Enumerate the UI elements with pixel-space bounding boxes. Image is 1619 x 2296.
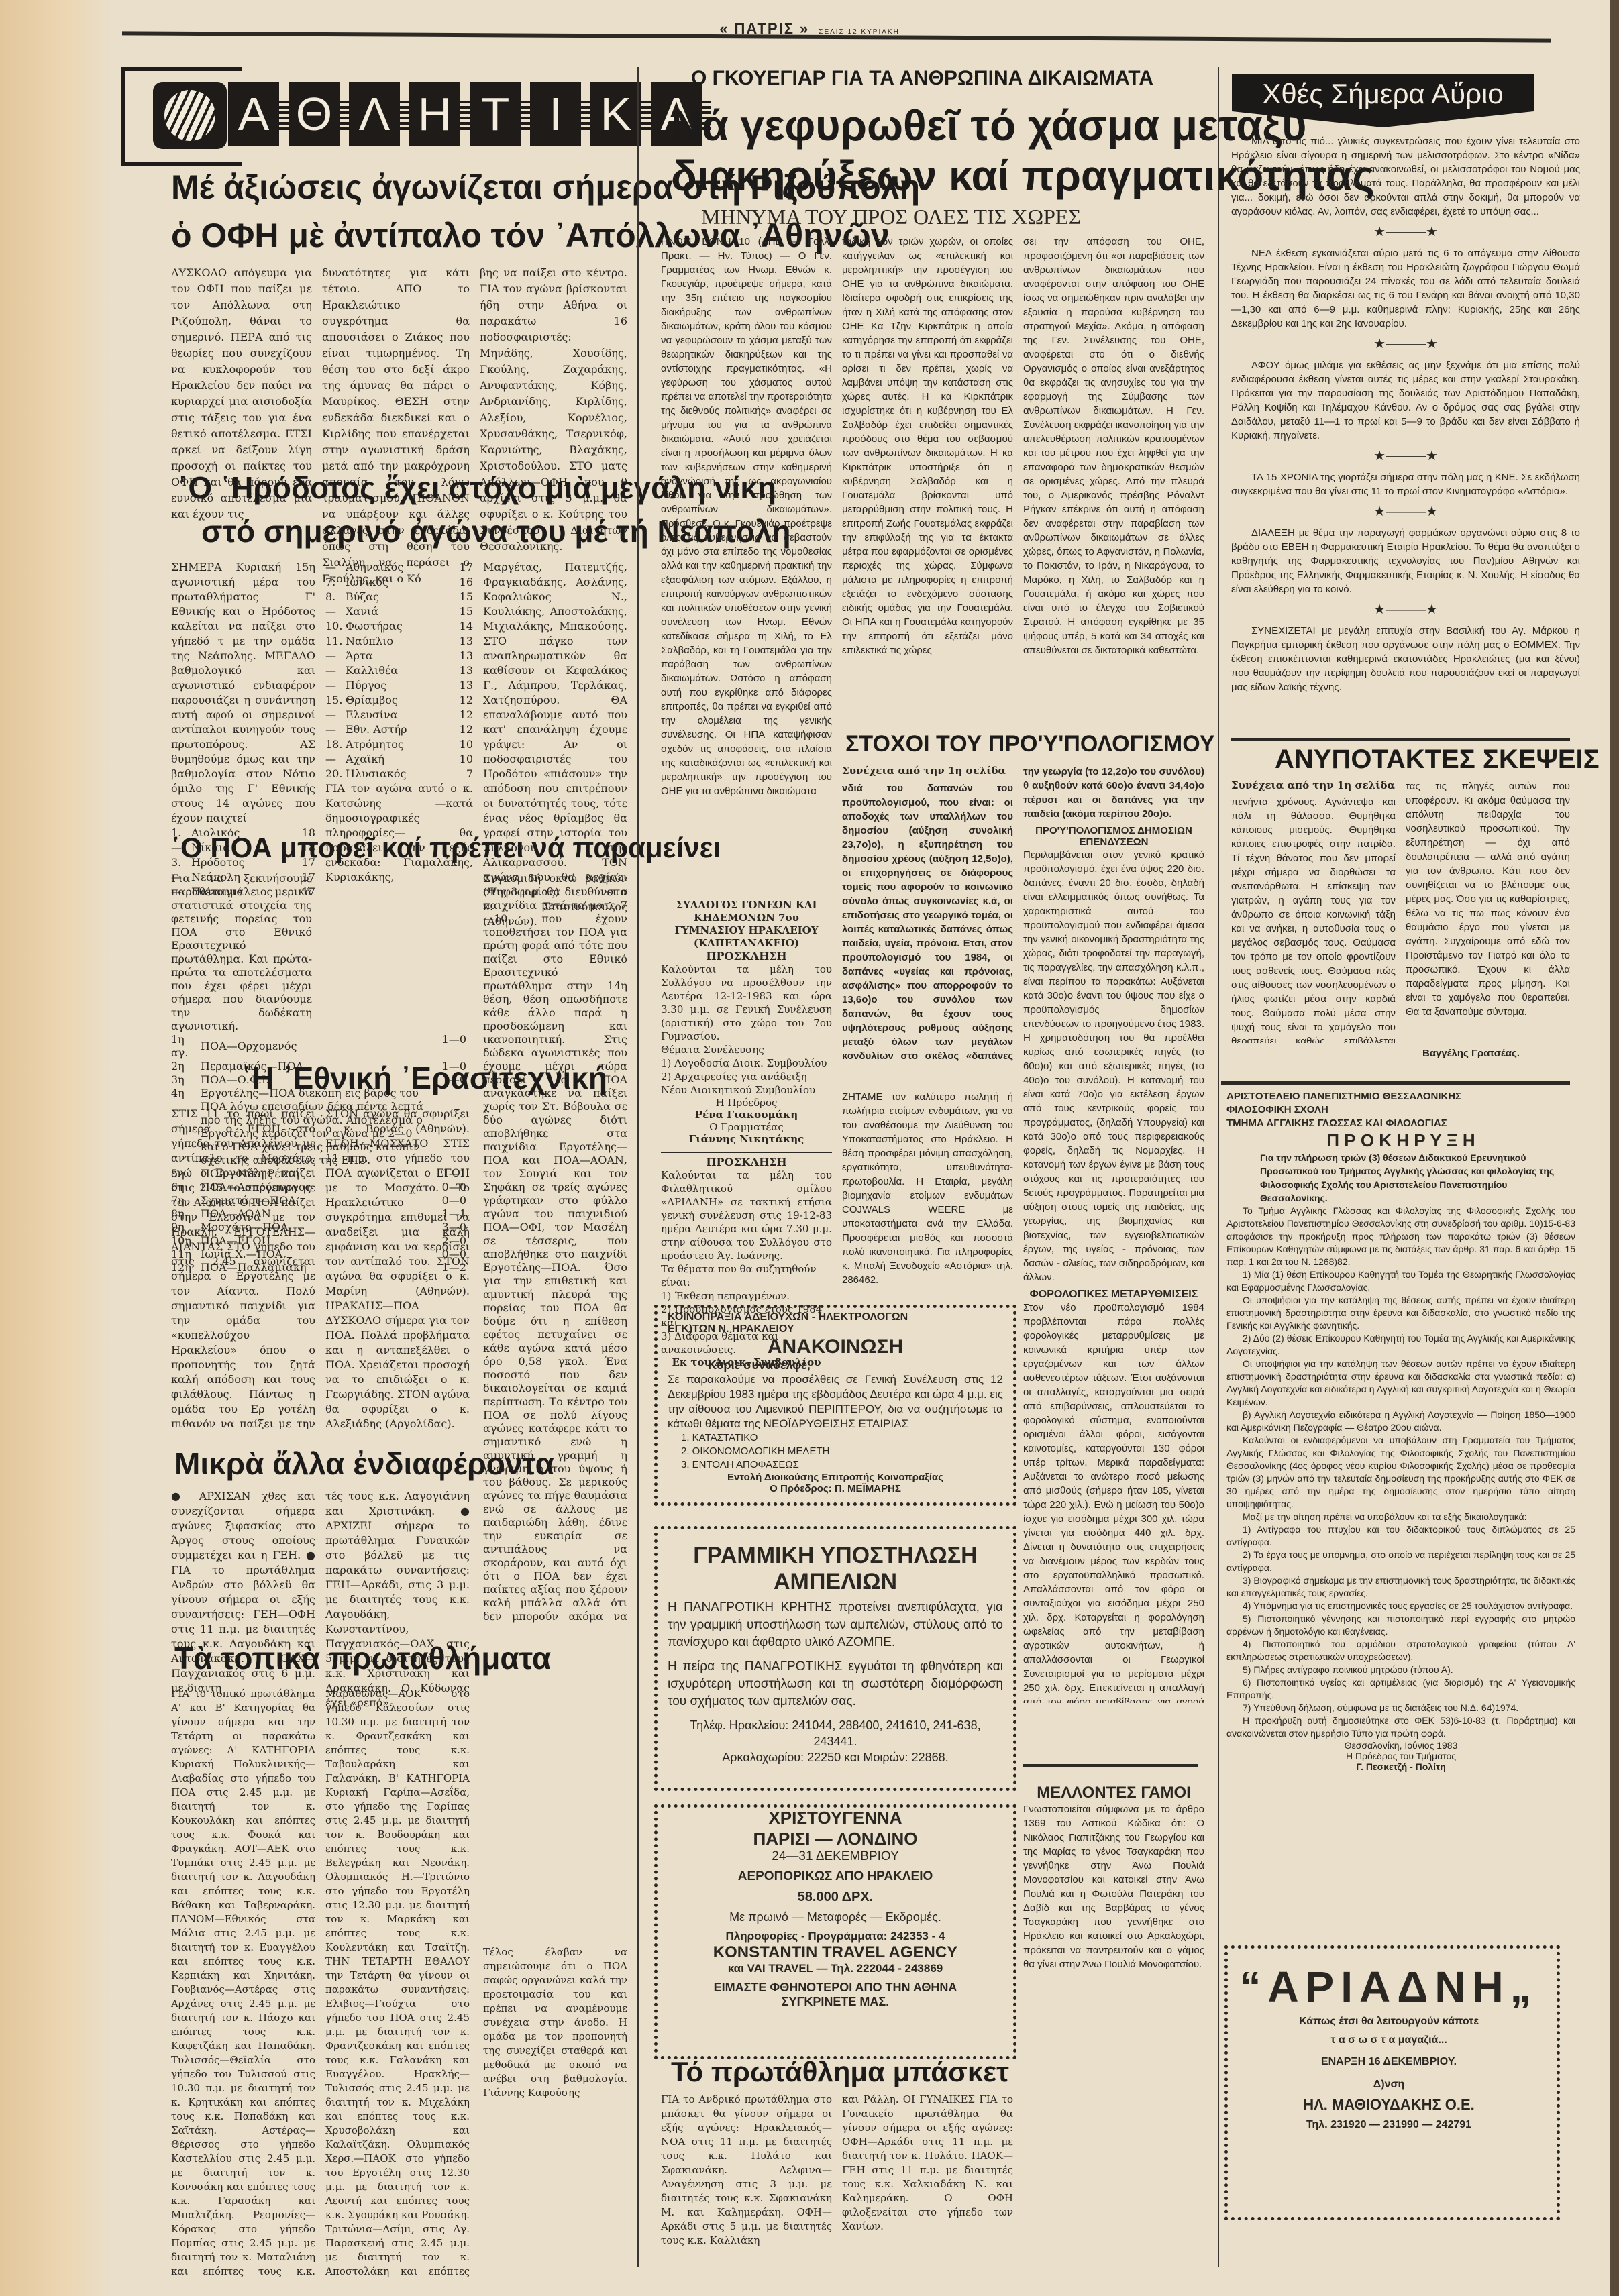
page-binding-edge xyxy=(0,0,111,2296)
standings-row: —Καλλιθέα13 xyxy=(325,663,473,678)
sports-section-banner: ΑΘΛΗΤΙΚΑ xyxy=(121,67,644,174)
xsa-item: ΝΕΑ έκθεση εγκαινιάζεται αύριο μετά τις … xyxy=(1231,246,1580,331)
parents-topics-label: Θέματα Συνέλευσης xyxy=(661,1043,832,1056)
ethniki-column-1: ΣΤΙΣ 11 το πρωί παίζει σήμερα ο ΕΓΟΗ στο… xyxy=(171,1107,315,1429)
banner-letter: Θ xyxy=(289,82,340,146)
job-ad: ΖΗΤΑΜΕ τον καλύτερο πωλητή ή πωλήτρια ετ… xyxy=(842,1090,1013,1287)
vines-ad-phones-1: Τηλέφ. Ηρακλείου: 241044, 288400, 241610… xyxy=(668,1717,1003,1749)
electricians-agenda: 1. ΚΑΤΑΣΤΑΤΙΚΟ2. ΟΙΚΟΝΟΜΟΛΟΓΙΚΗ ΜΕΛΕΤΗ3.… xyxy=(681,1431,1003,1472)
travel-ad-info: Πληροφορίες - Προγράμματα: 242353 - 4 xyxy=(668,1930,1003,1943)
travel-ad-flight: ΑΕΡΟΠΟΡΙΚΩΣ ΑΠΟ ΗΡΑΚΛΕΙΟ xyxy=(668,1869,1003,1884)
notice-paragraph: Οι υποψήφιοι για την κατάληψη των θέσεων… xyxy=(1226,1358,1575,1409)
banner-letters: ΑΘΛΗΤΙΚΑ xyxy=(228,82,711,146)
standings-row: 18.Ατρόμητος10 xyxy=(325,737,473,752)
vines-ad-title-1: ΓΡΑΜΜΙΚΗ ΥΠΟΣΤΗΛΩΣΗ xyxy=(668,1543,1003,1569)
xsa-item: ΑΦΟΥ όμως μιλάμε για εκθέσεις ας μην ξεχ… xyxy=(1231,358,1580,443)
parents-notice-heading: ΠΡΟΣΚΛΗΣΗ xyxy=(661,950,832,963)
standings-row: 10.Φωστήρας14 xyxy=(325,619,473,634)
standings-table-part-2: —Αθηναϊκός177.Ιωνικός168.Βύζας15—Χανιά15… xyxy=(325,560,473,781)
star-divider: ★———★ xyxy=(1231,505,1580,519)
public-investment-text: Περιλαμβάνεται στον γενικό κρατικό προϋπ… xyxy=(1023,848,1204,1284)
budget-agri-text: την γεωργία (το 12,2ο)ο του συνόλου) θ α… xyxy=(1023,765,1204,821)
weddings-text: Γνωστοποιείται σύμφωνα με το άρθρο 1369 … xyxy=(1023,1802,1204,1971)
banner-letter: Ι xyxy=(530,82,581,146)
notice-paragraph: 5) Πλήρες αντίγραφο ποινικού μητρώου (τύ… xyxy=(1226,1663,1575,1676)
standings-row: —Πύργος13 xyxy=(325,678,473,693)
ariadni-notice-heading: ΠΡΟΣΚΛΗΣΗ xyxy=(661,1152,832,1168)
thoughts-headline: ΑΝΥΠΟΤΑΚΤΕΣ ΣΚΕΨΕΙΣ xyxy=(1275,745,1600,775)
notice-paragraph: 7) Υπεύθυνη δήλωση, σύμφωνα με τις διατά… xyxy=(1226,1702,1575,1714)
agenda-item: 2. ΟΙΚΟΝΟΜΟΛΟΓΙΚΗ ΜΕΛΕΤΗ xyxy=(681,1445,1003,1458)
un-kicker: Ο ΓΚΟΥΕΓΙΑΡ ΓΙΑ ΤΑ ΑΝΘΡΩΠΙΝΑ ΔΙΚΑΙΩΜΑΤΑ xyxy=(691,67,1153,90)
notice-paragraph: β) Αγγλική Λογοτεχνία ειδικότερα η Αγγλι… xyxy=(1226,1409,1575,1434)
banner-letter: Τ xyxy=(470,82,521,146)
xsa-items: ΜΙΑ από τις πιό... γλυκιές συγκεντρώσεις… xyxy=(1231,134,1580,694)
thoughts-signature: Βαγγέλης Γρατσέας. xyxy=(1422,1048,1520,1059)
standings-row: —Αχαϊκή10 xyxy=(325,752,473,767)
topika-column-2: Μαραθώνας—ΑΟΚ στο γήπεδο Καλεσσίων στις … xyxy=(325,1687,470,2277)
poa-column-3: Συγκομιδή οκτώ βαθμών (Ψηφοφορίας) στα π… xyxy=(483,872,627,1623)
agenda-item: 1) Έκθεση πεπραγμένων. xyxy=(661,1289,832,1303)
university-department: ΤΜΗΜΑ ΑΓΓΛΙΚΗΣ ΓΛΩΣΣΑΣ ΚΑΙ ΦΙΛΟΛΟΓΙΑΣ xyxy=(1226,1117,1575,1130)
ariadni-shop-management-label: Δ)νση xyxy=(1231,2079,1547,2091)
weddings-heading: ΜΕΛΛΟΝΤΕΣ ΓΑΜΟΙ xyxy=(1023,1784,1204,1802)
notice-paragraph: Το Τμήμα Αγγλικής Γλώσσας και Φιλολογίας… xyxy=(1226,1205,1575,1268)
standings-row: —Ελευσίνα12 xyxy=(325,708,473,722)
un-column-1: ΗΝΩΜ. ΕΘΝΗ 10 (ΑΠΕ — Γαλλ. Πρακτ. — Ην. … xyxy=(661,235,832,798)
standings-row: 15.Θρίαμβος12 xyxy=(325,693,473,708)
electricians-footer-1: Εντολή Διοικούσης Επιτροπής Κοινοπραξίας xyxy=(668,1472,1003,1483)
electricians-salutation: Κύριε συνάδελφε, xyxy=(708,1358,1003,1372)
travel-ad-title-2: ΠΑΡΙΣΙ — ΛΟΝΔΙΝΟ xyxy=(668,1828,1003,1849)
travel-ad-agency: KONSTANTIN TRAVEL AGENCY xyxy=(668,1943,1003,1962)
basket-column-2: και Ράλλη. ΟΙ ΓΥΝΑΙΚΕΣ ΓΙΑ το Γυναικείο … xyxy=(842,2093,1013,2234)
agenda-item: 1) Λογοδοσία Διοικ. Συμβουλίου xyxy=(661,1056,832,1070)
notice-paragraph: Μαζί με την αίτηση πρέπει να υποβάλουν κ… xyxy=(1226,1511,1575,1523)
university-notice-signatory: Γ. Πεσκετζή - Πολίτη xyxy=(1226,1761,1575,1772)
budget-headline: ΣΤΟΧΟΙ ΤΟΥ ΠΡΟ'Υ'ΠΟΛΟΓΙΣΜΟΥ xyxy=(845,731,1214,757)
thoughts-column-1: πενήντα χρόνους. Αγνάντεψα και πάλι τη θ… xyxy=(1231,795,1396,1043)
xsa-item: ΜΙΑ από τις πιό... γλυκιές συγκεντρώσεις… xyxy=(1231,134,1580,219)
university-notice: ΑΡΙΣΤΟΤΕΛΕΙΟ ΠΑΝΕΠΙΣΤΗΜΙΟ ΘΕΣΣΑΛΟΝΙΚΗΣ Φ… xyxy=(1226,1090,1575,1772)
standings-row: —Εθν. Αστήρ12 xyxy=(325,722,473,737)
ethniki-column-2: ΣΤΟΝ αγώνα θα σφυρίξει ο κ. Βοριάς (Αθην… xyxy=(325,1107,470,1429)
topika-headline: Τὰ τοπικὰ πρωταθλήματα xyxy=(174,1640,551,1676)
basket-column-1: ΓΙΑ το Ανδρικό πρωτάθλημα στο μπάσκετ θα… xyxy=(661,2093,832,2248)
notice-paragraph: Οι υποψήφιοι για την κατάληψη της θέσεως… xyxy=(1226,1294,1575,1332)
parents-association-notice: ΣΥΛΛΟΓΟΣ ΓΟΝΕΩΝ ΚΑΙ ΚΗΔΕΜΟΝΩΝ 7ου ΓΥΜΝΑΣ… xyxy=(661,899,832,1368)
electricians-ad: ΚΟΙΝΟΠΡΑΞΙΑ ΑΔΕΙΟΥΧΩΝ - ΗΛΕΚΤΡΟΛΟΓΩΝ ΕΓΚ… xyxy=(668,1311,1003,1494)
notice-paragraph: Καλούνται οι ενδιαφερόμενοι να υποβάλουν… xyxy=(1226,1434,1575,1511)
xsa-item: ΤΑ 15 ΧΡΟΝΙΑ της γιορτάζει σήμερα στην π… xyxy=(1231,470,1580,498)
xsa-item: ΣΥΝΕΧΙΖΕΤΑΙ με μεγάλη επιτυχία στην Βασι… xyxy=(1231,624,1580,694)
thoughts-rule xyxy=(1231,738,1570,741)
weddings-rule xyxy=(1023,1764,1198,1767)
star-divider: ★———★ xyxy=(1231,337,1580,351)
star-divider: ★———★ xyxy=(1231,449,1580,463)
parents-notice-text: Καλούνται τα μέλη του Συλλόγου να προσέλ… xyxy=(661,963,832,1043)
notice-paragraph: 1) Αντίγραφα του πτυχίου και του διδακτο… xyxy=(1226,1523,1575,1549)
ariadni-shop-phones: Τηλ. 231920 — 231990 — 242791 xyxy=(1231,2119,1547,2131)
agenda-item: 1. ΚΑΤΑΣΤΑΤΙΚΟ xyxy=(681,1431,1003,1445)
president-role: Η Πρόεδρος xyxy=(661,1097,832,1109)
travel-ad-slogan-1: ΕΙΜΑΣΤΕ ΦΘΗΝΟΤΕΡΟΙ ΑΠΟ ΤΗΝ ΑΘΗΝΑ xyxy=(668,1981,1003,1995)
standings-row: 8.Βύζας15 xyxy=(325,590,473,604)
page-right-edge xyxy=(1610,0,1619,2296)
banner-letter: Η xyxy=(409,82,460,146)
tax-reforms-text: Στον νέο προϋπολογισμό 1984 προβλέπονται… xyxy=(1023,1301,1204,1703)
parents-topics-list: 1) Λογοδοσία Διοικ. Συμβουλίου2) Αρχαιρε… xyxy=(661,1056,832,1097)
standings-row: 7.Ιωνικός16 xyxy=(325,575,473,590)
parents-notice-title: ΣΥΛΛΟΓΟΣ ΓΟΝΕΩΝ ΚΑΙ ΚΗΔΕΜΟΝΩΝ 7ου ΓΥΜΝΑΣ… xyxy=(661,899,832,950)
university-name: ΑΡΙΣΤΟΤΕΛΕΙΟ ΠΑΝΕΠΙΣΤΗΜΙΟ ΘΕΣΣΑΛΟΝΙΚΗΣ xyxy=(1226,1090,1575,1103)
university-rule xyxy=(1221,1081,1570,1085)
notice-paragraph: 5) Πιστοποιητικό γέννησης και πιστοποιητ… xyxy=(1226,1612,1575,1638)
xthes-simera-avrio-banner: Χθές Σήμερα Αὔριο xyxy=(1232,74,1534,127)
mikra-headline: Μικρὰ ἄλλα ἐνδιαφέροντα xyxy=(174,1445,554,1482)
electricians-ad-title: ΑΝΑΚΟΙΝΩΣΗ xyxy=(668,1335,1003,1358)
university-notice-place: Θεσσαλονίκη, Ιούνιος 1983 xyxy=(1226,1740,1575,1751)
star-divider: ★———★ xyxy=(1231,225,1580,239)
xsa-item: ΔΙΑΛΕΞΗ με θέμα την παραγωγή φαρμάκων ορ… xyxy=(1231,526,1580,596)
un-column-2: ταδική των τριών χωρών, οι οποίες κατήγγ… xyxy=(842,235,1013,657)
tax-reforms-heading: ΦΟΡΟΛΟΓΙΚΕΣ ΜΕΤΑΡΥΘΜΙΣΕΙΣ xyxy=(1023,1289,1204,1301)
travel-ad: ΧΡΙΣΤΟΥΓΕΝΝΑ ΠΑΡΙΣΙ — ΛΟΝΔΙΝΟ 24—31 ΔΕΚΕ… xyxy=(668,1808,1003,2009)
notice-paragraph: 4) Υπόμνημα για τις επιστημονικές τους ε… xyxy=(1226,1600,1575,1612)
xsa-title: Χθές Σήμερα Αὔριο xyxy=(1232,78,1534,110)
basket-headline: Τό πρωτάθλημα μπάσκετ xyxy=(671,2056,1009,2088)
public-investment-heading: ΠΡΟ'Υ'ΠΟΛΟΓΙΣΜΟΣ ΔΗΜΟΣΙΩΝ ΕΠΕΝΔΥΣΕΩΝ xyxy=(1023,825,1204,848)
star-divider: ★———★ xyxy=(1231,603,1580,617)
ariadni-shop-line-2: τ α σ ω σ τ α μαγαζιά... xyxy=(1231,2034,1547,2046)
vines-ad-text-1: Η ΠΑΝΑΓΡΟΤΙΚΗ ΚΡΗΤΗΣ προτείνει ανεπιφύλα… xyxy=(668,1599,1003,1651)
un-subhead: ΜΗΝΥΜΑ ΤΟΥ ΠΡΟΣ ΟΛΕΣ ΤΙΣ ΧΩΡΕΣ xyxy=(701,205,1081,229)
secretary-name: Γιάννης Νικητάκης xyxy=(661,1133,832,1145)
travel-ad-dates: 24—31 ΔΕΚΕΜΒΡΙΟΥ xyxy=(668,1849,1003,1864)
weddings-notice: ΜΕΛΛΟΝΤΕΣ ΓΑΜΟΙ Γνωστοποιείται σύμφωνα μ… xyxy=(1023,1764,1204,1971)
un-headline-1: Νά γεφυρωθεῖ τό χάσμα μεταξὺ xyxy=(671,101,1306,150)
standings-row: —Άρτα13 xyxy=(325,649,473,663)
notice-paragraph: 3) Βιογραφικό σημείωμα με την επιστημονι… xyxy=(1226,1574,1575,1600)
vines-ad-phones-2: Αρκαλοχωρίου: 22250 και Μοιρών: 22868. xyxy=(668,1749,1003,1765)
thoughts-column-2: τας τις πληγές αυτών που υποφέρουν. Κι α… xyxy=(1406,779,1570,1019)
column-rule-sports xyxy=(637,67,639,2267)
topika-column-3: Τέλος έλαβαν να σημειώσουμε ότι ο ΠΟΑ σα… xyxy=(483,1945,627,2100)
mikra-column-2: τές τους κ.κ. Λαγογιάννη και Χριστινάκη.… xyxy=(325,1489,470,1710)
thoughts-continued-label: Συνέχεια από την 1η σελίδα xyxy=(1231,779,1395,791)
poa-intro-text: Για να ξεκινήσουμε παραθέτουμε μερικά στ… xyxy=(171,872,312,1033)
ariadni-topics-label: Τα θέματα που θα συζητηθούν είναι: xyxy=(661,1262,832,1289)
herodotos-intro-text: ΣΗΜΕΡΑ Κυριακή 15η αγωνιστική μέρα του π… xyxy=(171,560,315,826)
standings-row: 11.Ναύπλιο13 xyxy=(325,634,473,649)
vines-ad: ΓΡΑΜΜΙΚΗ ΥΠΟΣΤΗΛΩΣΗ ΑΜΠΕΛΙΩΝ Η ΠΑΝΑΓΡΟΤΙ… xyxy=(668,1543,1003,1765)
standings-row: —Χανιά15 xyxy=(325,604,473,619)
notice-paragraph: 2) Τα έργα τους με υπόμνημα, στο οποίο ν… xyxy=(1226,1549,1575,1574)
electricians-footer-2: Ο Πρόεδρος: Π. ΜΕΪΜΑΡΗΣ xyxy=(668,1483,1003,1494)
football-icon xyxy=(153,82,227,149)
banner-letter: Κ xyxy=(590,82,641,146)
vines-ad-text-2: Η πείρα της ΠΑΝΑΓΡΟΤΙΚΗΣ εγγυάται τη φθη… xyxy=(668,1658,1003,1710)
president-name: Ρένα Γιακουμάκη xyxy=(661,1109,832,1121)
un-column-3: σει την απόφαση του ΟΗΕ, προφασιζόμενη ό… xyxy=(1023,235,1204,657)
travel-ad-extras: Με πρωινό — Μεταφορές — Εκδρομές. xyxy=(668,1910,1003,1924)
budget-continued-label: Συνέχεια από την 1η σελίδα xyxy=(842,765,1006,777)
ariadni-shop-name: “ΑΡΙΑΔΝΗ„ xyxy=(1231,1962,1547,2012)
agenda-item: 2) Αρχαιρεσίες για ανάδειξη Νέου Διοικητ… xyxy=(661,1070,832,1097)
ariadni-shop-company: ΗΛ. ΜΑΘΙΟΥΔΑΚΗΣ Ο.Ε. xyxy=(1231,2096,1547,2114)
travel-ad-title-1: ΧΡΙΣΤΟΥΓΕΝΝΑ xyxy=(668,1808,1003,1828)
notice-paragraph: 1) Μία (1) θέση Επίκουρου Καθηγητή του Τ… xyxy=(1226,1268,1575,1294)
ariadni-notice-text: Καλούνται τα μέλη του Φιλαθλητικού ομίλο… xyxy=(661,1168,832,1262)
ariadni-shop-ad: “ΑΡΙΑΔΝΗ„ Κάπως έτσι θα λειτουργούν κάπο… xyxy=(1231,1962,1547,2131)
notice-paragraph: 6) Πιστοποιητικό υγείας και αρτιμέλειας … xyxy=(1226,1676,1575,1702)
university-notice-role: Η Πρόεδρος του Τμήματος xyxy=(1226,1751,1575,1761)
secretary-role: Ο Γραμματέας xyxy=(661,1121,832,1133)
standings-row: —Αθηναϊκός17 xyxy=(325,560,473,575)
electricians-ad-text: Σε παρακαλούμε να προσέλθεις σε Γενική Σ… xyxy=(668,1372,1003,1431)
topika-column-1: ΓΙΑ το τοπικό πρωτάθλημα Α' και Β' Κατηγ… xyxy=(171,1687,315,2277)
ofi-column-3: βης να παίξει στο κέντρο. ΓΙΑ τον αγώνα … xyxy=(480,265,627,555)
banner-letter: Α xyxy=(228,82,279,146)
travel-ad-price: 58.000 ΔΡΧ. xyxy=(668,1890,1003,1905)
standings-row: 20.Ηλυσιακός7 xyxy=(325,767,473,781)
university-notice-subtitle: Για την πλήρωση τριών (3) θέσεων Διδακτι… xyxy=(1260,1151,1575,1205)
notice-paragraph: 4) Πιστοποιητικό του αρμόδιου στρατολογι… xyxy=(1226,1638,1575,1663)
electricians-org-1: ΚΟΙΝΟΠΡΑΞΙΑ ΑΔΕΙΟΥΧΩΝ - ΗΛΕΚΤΡΟΛΟΓΩΝ xyxy=(668,1311,1003,1323)
vines-ad-title-2: ΑΜΠΕΛΙΩΝ xyxy=(668,1569,1003,1595)
university-notice-body: Το Τμήμα Αγγλικής Γλώσσας και Φιλολογίας… xyxy=(1226,1205,1575,1740)
ariadni-shop-opening: ΕΝΑΡΞΗ 16 ΔΕΚΕΜΒΡΙΟΥ. xyxy=(1231,2056,1547,2068)
ariadni-shop-line-1: Κάπως έτσι θα λειτουργούν κάποτε xyxy=(1231,2016,1547,2028)
budget-column-1: νδιά του δαπανών του προϋπολογισμού, που… xyxy=(842,781,1013,1063)
university-notice-title: Π Ρ Ο Κ Η Ρ Υ Ξ Η xyxy=(1226,1130,1575,1151)
agenda-item: 3. ΕΝΤΟΛΗ ΑΠΟΦΑΣΕΩΣ xyxy=(681,1458,1003,1472)
result-row: 1η αγ.ΠΟΑ—Ορχομενός1—0 xyxy=(171,1033,466,1060)
notice-paragraph: Η προκήρυξη αυτή δημοσιεύτηκε στο ΦΕΚ 53… xyxy=(1226,1714,1575,1740)
banner-letter: Λ xyxy=(349,82,400,146)
notice-paragraph: 2) Δύο (2) θέσεις Επίκουρου Καθηγητή του… xyxy=(1226,1332,1575,1358)
column-rule-right xyxy=(1218,67,1219,2267)
electricians-org-2: ΕΓΚ)ΤΩΝ Ν. ΗΡΑΚΛΕΙΟΥ xyxy=(668,1323,1003,1335)
university-school: ΦΙΛΟΣΟΦΙΚΗ ΣΧΟΛΗ xyxy=(1226,1103,1575,1117)
travel-ad-slogan-2: ΣΥΓΚΡΙΝΕΤΕ ΜΑΣ. xyxy=(668,1995,1003,2009)
travel-ad-agency-2: και VAI TRAVEL — Τηλ. 222044 - 243869 xyxy=(668,1962,1003,1975)
ethniki-headline: ῾Η ᾿Εθνική ᾿Ερασιτεχνική xyxy=(242,1060,607,1096)
budget-column-2: την γεωργία (το 12,2ο)ο του συνόλου) θ α… xyxy=(1023,765,1204,1703)
